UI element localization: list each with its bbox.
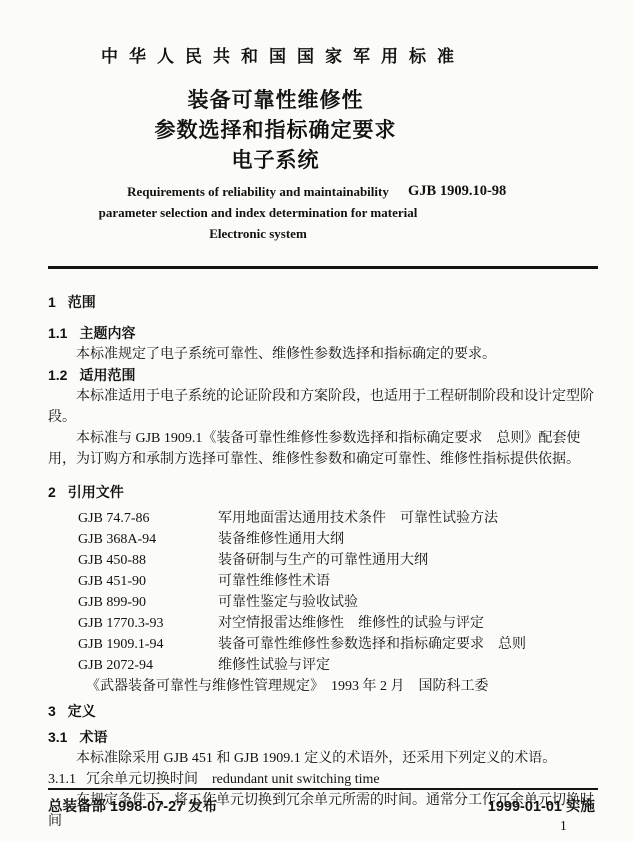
reference-row: GJB 899-90可靠性鉴定与验收试验 [78, 592, 597, 613]
section-1-2-paragraph-2: 本标准与 GJB 1909.1《装备可靠性维修性参数选择和指标确定要求 总则》配… [48, 428, 597, 470]
reference-title: 装备可靠性维修性参数选择和指标确定要求 总则 [218, 637, 526, 652]
section-1-1-title: 主题内容 [79, 325, 135, 341]
section-3-1-1-heading: 3.1.1冗余单元切换时间redundant unit switching ti… [48, 769, 597, 790]
reference-code: GJB 451-90 [78, 571, 218, 592]
english-title-line-2: parameter selection and index determinat… [48, 202, 468, 223]
english-title-block: Requirements of reliability and maintain… [48, 181, 595, 244]
section-1-2-number: 1.2 [48, 367, 67, 383]
chinese-title-block: 装备可靠性维修性 参数选择和指标确定要求 电子系统 [48, 86, 503, 176]
reference-code: GJB 1770.3-93 [78, 613, 218, 634]
section-3-number: 3 [48, 703, 56, 719]
reference-title: 装备研制与生产的可靠性通用大纲 [218, 553, 428, 568]
reference-code: GJB 368A-94 [78, 529, 218, 550]
reference-code: GJB 450-88 [78, 550, 218, 571]
section-2-heading: 2引用文件 [48, 482, 597, 503]
issued-by-date: 总装备部 1998-07-27 发布 [48, 798, 217, 816]
section-2-number: 2 [48, 484, 56, 500]
page-number: 1 [560, 818, 567, 834]
section-1-heading: 1范围 [48, 292, 597, 313]
section-3-1-1-number: 3.1.1 [48, 772, 76, 787]
section-3-1-heading: 3.1术语 [48, 727, 597, 748]
term-english: redundant unit switching time [212, 772, 380, 787]
reference-title: 维修性试验与评定 [218, 658, 330, 673]
section-1-number: 1 [48, 294, 56, 310]
document-page: 中华人民共和国国家军用标准 装备可靠性维修性 参数选择和指标确定要求 电子系统 … [0, 0, 633, 842]
section-1-title: 范围 [68, 294, 96, 310]
section-1-2-title: 适用范围 [79, 367, 135, 383]
english-title-lines: Requirements of reliability and maintain… [48, 181, 468, 244]
section-3-1-number: 3.1 [48, 729, 67, 745]
reference-regulation-line: 《武器装备可靠性与维修性管理规定》 1993 年 2 月 国防科工委 [78, 676, 597, 697]
title-line-1: 装备可靠性维修性 [48, 86, 503, 116]
reference-title: 可靠性鉴定与验收试验 [218, 595, 358, 610]
reference-title: 军用地面雷达通用技术条件 可靠性试验方法 [218, 511, 498, 526]
section-1-1-paragraph: 本标准规定了电子系统可靠性、维修性参数选择和指标确定的要求。 [48, 344, 597, 365]
reference-title: 装备维修性通用大纲 [218, 532, 344, 547]
english-title-line-3: Electronic system [48, 223, 468, 244]
section-1-1-heading: 1.1主题内容 [48, 323, 597, 344]
standard-number: GJB 1909.10-98 [408, 183, 506, 200]
reference-row: GJB 2072-94维修性试验与评定 [78, 655, 597, 676]
reference-row: GJB 451-90可靠性维修性术语 [78, 571, 597, 592]
section-1-2-heading: 1.2适用范围 [48, 365, 597, 386]
reference-code: GJB 74.7-86 [78, 508, 218, 529]
footer-row: 总装备部 1998-07-27 发布 1999-01-01 实施 [48, 798, 595, 816]
reference-row: GJB 1770.3-93对空情报雷达维修性 维修性的试验与评定 [78, 613, 597, 634]
reference-code: GJB 899-90 [78, 592, 218, 613]
reference-list: GJB 74.7-86军用地面雷达通用技术条件 可靠性试验方法 GJB 368A… [48, 508, 597, 697]
section-3-heading: 3定义 [48, 701, 597, 722]
reference-row: GJB 74.7-86军用地面雷达通用技术条件 可靠性试验方法 [78, 508, 597, 529]
masthead-divider-rule [48, 266, 598, 269]
reference-code: GJB 1909.1-94 [78, 634, 218, 655]
english-title-line-1: Requirements of reliability and maintain… [48, 181, 468, 202]
reference-row: GJB 450-88装备研制与生产的可靠性通用大纲 [78, 550, 597, 571]
reference-code: GJB 2072-94 [78, 655, 218, 676]
term-chinese: 冗余单元切换时间 [86, 772, 198, 787]
title-line-3: 电子系统 [48, 146, 503, 176]
reference-title: 可靠性维修性术语 [218, 574, 330, 589]
footer-divider-rule [48, 788, 598, 790]
section-1-1-number: 1.1 [48, 325, 67, 341]
reference-title: 对空情报雷达维修性 维修性的试验与评定 [218, 616, 484, 631]
national-standard-heading: 中华人民共和国国家军用标准 [48, 42, 518, 67]
section-3-1-title: 术语 [79, 729, 107, 745]
title-line-2: 参数选择和指标确定要求 [48, 116, 503, 146]
section-3-title: 定义 [68, 703, 96, 719]
section-3-1-paragraph: 本标准除采用 GJB 451 和 GJB 1909.1 定义的术语外，还采用下列… [48, 748, 597, 769]
effective-date: 1999-01-01 实施 [488, 798, 595, 816]
reference-row: GJB 368A-94装备维修性通用大纲 [78, 529, 597, 550]
document-body: 1范围 1.1主题内容 本标准规定了电子系统可靠性、维修性参数选择和指标确定的要… [48, 284, 597, 832]
section-2-title: 引用文件 [68, 484, 124, 500]
section-1-2-paragraph-1: 本标准适用于电子系统的论证阶段和方案阶段，也适用于工程研制阶段和设计定型阶段。 [48, 386, 597, 428]
reference-row: GJB 1909.1-94装备可靠性维修性参数选择和指标确定要求 总则 [78, 634, 597, 655]
